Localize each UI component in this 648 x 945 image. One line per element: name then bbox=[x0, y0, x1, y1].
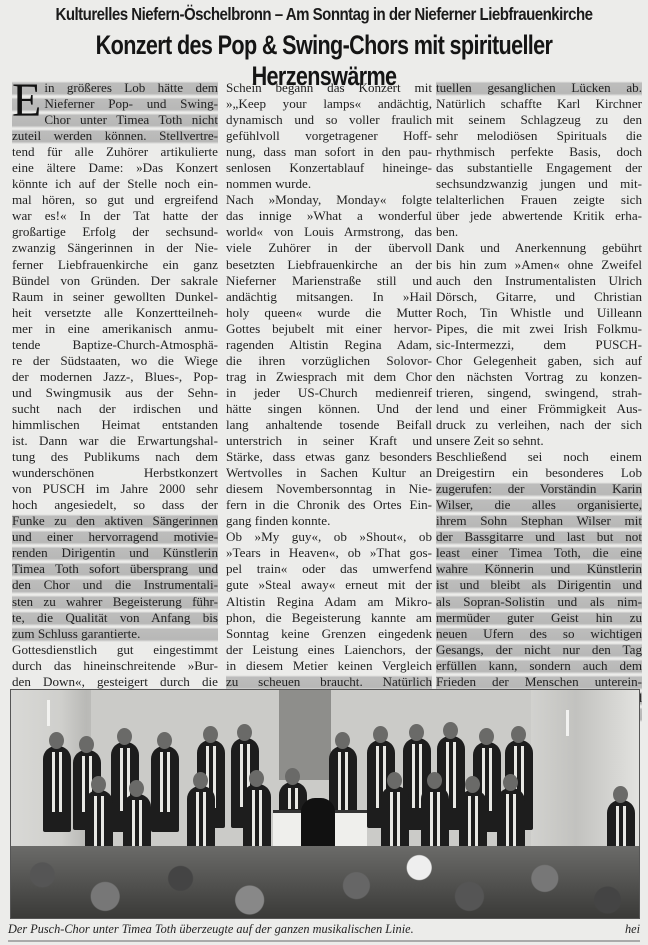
text-line: Nieferner Marienstraße still und bbox=[226, 273, 432, 289]
choir-photo bbox=[10, 689, 640, 919]
text-line: Nach »Monday, Monday« folgte bbox=[226, 192, 432, 208]
text-line: hoch angesiedelt, so dass der bbox=[12, 497, 218, 513]
text-line: könnte ich auf der Stelle noch ein- bbox=[12, 176, 218, 192]
text-line: ragenden Altistin Regina Adam, bbox=[226, 337, 432, 353]
text-line: Stärke, dass etwas ganz besonders bbox=[226, 449, 432, 465]
article-column-2: Schein begann das Konzert mit»„Keep your… bbox=[226, 80, 432, 722]
text-line: tend für alle Zuhörer artikulierte bbox=[12, 144, 218, 160]
text-line: nung, dass man sofort in den pau- bbox=[226, 144, 432, 160]
text-line: ist und bleibt als Dirigentin und bbox=[436, 577, 642, 593]
text-line: diesem Novembersonntag in Nie- bbox=[226, 481, 432, 497]
altar bbox=[279, 690, 331, 780]
text-line: Wilser, die alles organisierte, bbox=[436, 497, 642, 513]
text-line: in jeder US-Church medienreif bbox=[226, 385, 432, 401]
singer bbox=[43, 746, 71, 832]
text-line: Sonntag keine Grenzen eingedenk bbox=[226, 626, 432, 642]
text-line: Funke zu den aktiven Sängerinnen bbox=[12, 513, 218, 529]
text-line: gefühlvoll vorgetragener Hoff- bbox=[226, 128, 432, 144]
text-line: Ob »My guy«, ob »Shout«, ob bbox=[226, 529, 432, 545]
text-line: »„Keep your lamps« andächtig, bbox=[226, 96, 432, 112]
text-line: war es!« In der Tat hatte der bbox=[12, 208, 218, 224]
text-line: Gesangs, der nicht nur den Tag bbox=[436, 642, 642, 658]
text-line: der modernen Jazz-, Blues-, Pop- bbox=[12, 369, 218, 385]
article-column-3: tuellen gesanglichen Lücken ab.Natürlich… bbox=[436, 80, 642, 722]
text-line: gute »Steal away« erneut mit der bbox=[226, 577, 432, 593]
text-line: zwanzig Sängerinnen in der Nie- bbox=[12, 240, 218, 256]
text-line: großartige Erfolg der sechsund- bbox=[12, 224, 218, 240]
text-line: lang anhaltende tosende Beifall bbox=[226, 417, 432, 433]
text-line: Chor Gelegenheit gaben, sich auf bbox=[436, 353, 642, 369]
text-line: Dank und Anerkennung gebührt bbox=[436, 240, 642, 256]
text-line: ferner Liebfrauenkirche ein ganz bbox=[12, 257, 218, 273]
text-line: besetzten Liebfrauenkirche an der bbox=[226, 257, 432, 273]
text-line: Dörsch, Gitarre, und Christian bbox=[436, 289, 642, 305]
photo-credit: hei bbox=[625, 922, 640, 937]
text-line: das innige »What a wonderful bbox=[226, 208, 432, 224]
candle-icon bbox=[566, 710, 569, 736]
text-line: ihrem Sohn Stephan Wilser mit bbox=[436, 513, 642, 529]
text-line: den Down«, gesteigert durch die bbox=[12, 674, 218, 690]
text-line: Dreigestirn ein besonderes Lob bbox=[436, 465, 642, 481]
candle-icon bbox=[47, 700, 50, 726]
text-line: re der Südstaaten, wo die Wiege bbox=[12, 353, 218, 369]
text-line: te, die Qualität von Anfang bis bbox=[12, 610, 218, 626]
text-line: mer in eine amerikanisch anmu- bbox=[12, 321, 218, 337]
text-line: den nächsten Vortrag zu konzen- bbox=[436, 369, 642, 385]
text-line: heit versetzte alle Konzertteilneh- bbox=[12, 305, 218, 321]
text-line: Timea Toth sofort übersprang und bbox=[12, 561, 218, 577]
article-kicker: Kulturelles Niefern-Öschelbronn – Am Son… bbox=[45, 4, 602, 25]
text-line: Pipes, die mit zwei Irish Folkmu- bbox=[436, 321, 642, 337]
text-line: der Bassgitarre und last but not bbox=[436, 529, 642, 545]
text-line: nommen wurde. bbox=[226, 176, 432, 192]
text-line: himmlischen Heimat entstanden bbox=[12, 417, 218, 433]
audience bbox=[11, 846, 639, 918]
text-line: Beschließend sei noch einem bbox=[436, 449, 642, 465]
text-line: gang finden konnte. bbox=[226, 513, 432, 529]
text-line: holy queen« wurde die Mutter bbox=[226, 305, 432, 321]
text-line: zuteil werden können. Stellvertre- bbox=[12, 128, 218, 144]
text-line: ben. bbox=[436, 224, 642, 240]
text-line: von PUSCH im Jahre 2000 sehr bbox=[12, 481, 218, 497]
text-line: das substantielle Engagement der bbox=[436, 160, 642, 176]
text-line: sic-Intermezzi, dem PUSCH- bbox=[436, 337, 642, 353]
singer bbox=[151, 746, 179, 832]
text-line: senlosen Konzertablauf hineinge- bbox=[226, 160, 432, 176]
dropcap-letter: E bbox=[12, 82, 41, 120]
text-line: Wertvolles in Sachen Kultur an bbox=[226, 465, 432, 481]
text-line: tuellen gesanglichen Lücken ab. bbox=[436, 80, 642, 96]
text-line: ist. Dann war die Erwartungshal- bbox=[12, 433, 218, 449]
text-line: neuen Ufern des so wichtigen bbox=[436, 626, 642, 642]
text-line: world« von Louis Armstrong, das bbox=[226, 224, 432, 240]
text-line: Raum in seiner gewollten Dunkel- bbox=[12, 289, 218, 305]
text-line: in größeres Lob hätte dem bbox=[12, 80, 218, 96]
text-line: sehr melodiösen Spirituals die bbox=[436, 128, 642, 144]
text-line: erfüllen kann, sondern auch dem bbox=[436, 658, 642, 674]
text-line: zu scheuen braucht. Natürlich bbox=[226, 674, 432, 690]
article-column-1: Ein größeres Lob hätte demNieferner Pop-… bbox=[12, 80, 218, 722]
text-line: wahre Könnerin und Künstlerin bbox=[436, 561, 642, 577]
text-line: mermüder guter Geist hin zu bbox=[436, 610, 642, 626]
text-line: dynamisch und so voller fraulich bbox=[226, 112, 432, 128]
text-line: Roch, Tin Whistle und Uilleann bbox=[436, 305, 642, 321]
text-line: Gottesdienstlich gut eingestimmt bbox=[12, 642, 218, 658]
text-line: sten zu wahrer Begeisterung führ- bbox=[12, 594, 218, 610]
text-line: zugerufen: der Vorständin Karin bbox=[436, 481, 642, 497]
text-line: least einer Timea Toth, die eine bbox=[436, 545, 642, 561]
text-line: andächtig mitsangen. In »Hail bbox=[226, 289, 432, 305]
text-line: unterstrich in seiner Kraft und bbox=[226, 433, 432, 449]
text-line: wunderschönen Herbstkonzert bbox=[12, 465, 218, 481]
text-line: telalterlichen Frauen zeigte sich bbox=[436, 192, 642, 208]
text-line: Frieden der Menschen unterein- bbox=[436, 674, 642, 690]
text-line: eine ältere Dame: »Das Konzert bbox=[12, 160, 218, 176]
text-line: tung des Publikums nach dem bbox=[12, 449, 218, 465]
caption-text: Der Pusch-Chor unter Timea Toth überzeug… bbox=[8, 922, 414, 937]
text-line: durch das hineinschreitende »Bur- bbox=[12, 658, 218, 674]
text-line: Gottes bejubelt mit einer hervor- bbox=[226, 321, 432, 337]
text-line: und einer hervorragend motivie- bbox=[12, 529, 218, 545]
text-line: als Sopran-Solistin und als nim- bbox=[436, 594, 642, 610]
text-line: sucht nach der irdischen und bbox=[12, 401, 218, 417]
text-line: auch den Instrumentalisten Ulrich bbox=[436, 273, 642, 289]
text-line: Nieferner Pop- und Swing- bbox=[12, 96, 218, 112]
text-line: unsere Zeit so sehnt. bbox=[436, 433, 642, 449]
text-line: rhythmisch perfekte Basis, doch bbox=[436, 144, 642, 160]
text-line: und Swingmusik aus der Sehn- bbox=[12, 385, 218, 401]
text-line: mal hören, so gut und ergreifend bbox=[12, 192, 218, 208]
text-line: trag in Zwiesprach mit dem Chor bbox=[226, 369, 432, 385]
text-line: fern in die Chronik des Ortes Ein- bbox=[226, 497, 432, 513]
text-line: Bündel von Gründen. Der sakrale bbox=[12, 273, 218, 289]
text-line: sechsundzwanzig jungen und mit- bbox=[436, 176, 642, 192]
text-line: Natürlich schaffte Karl Kirchner bbox=[436, 96, 642, 112]
photo-caption: Der Pusch-Chor unter Timea Toth überzeug… bbox=[8, 922, 640, 942]
text-line: der Leistung eines Laienchors, der bbox=[226, 642, 432, 658]
text-line: in diesem Metier keinen Vergleich bbox=[226, 658, 432, 674]
text-line: trieren, singend, swingend, strah- bbox=[436, 385, 642, 401]
text-line: Chor unter Timea Toth nicht bbox=[12, 112, 218, 128]
text-line: Schein begann das Konzert mit bbox=[226, 80, 432, 96]
text-line: »Tears in Heaven«, ob »That gos- bbox=[226, 545, 432, 561]
text-line: lend und einer Frömmigkeit Aus- bbox=[436, 401, 642, 417]
text-line: über jede abwertende Kritik erha- bbox=[436, 208, 642, 224]
text-line: zum Schluss garantierte. bbox=[12, 626, 218, 642]
text-line: hätte singen können. Und der bbox=[226, 401, 432, 417]
text-line: renden Dirigentin und Künstlerin bbox=[12, 545, 218, 561]
text-line: den Chor und die Instrumentali- bbox=[12, 577, 218, 593]
text-line: die ihren vorzüglichen Solovor- bbox=[226, 353, 432, 369]
text-line: mit seinem Schlagzeug zu den bbox=[436, 112, 642, 128]
text-line: tende Baptize-Church-Atmosphä- bbox=[12, 337, 218, 353]
text-line: pel train« oder das umwerfend bbox=[226, 561, 432, 577]
text-line: bis hin zum »Amen« ohne Zweifel bbox=[436, 257, 642, 273]
text-line: viele Zuhörer in der übervoll bbox=[226, 240, 432, 256]
text-line: druck zu verleihen, nach der sich bbox=[436, 417, 642, 433]
text-line: Altistin Regina Adam am Mikro- bbox=[226, 594, 432, 610]
text-line: phon, die Begeisterung kannte am bbox=[226, 610, 432, 626]
